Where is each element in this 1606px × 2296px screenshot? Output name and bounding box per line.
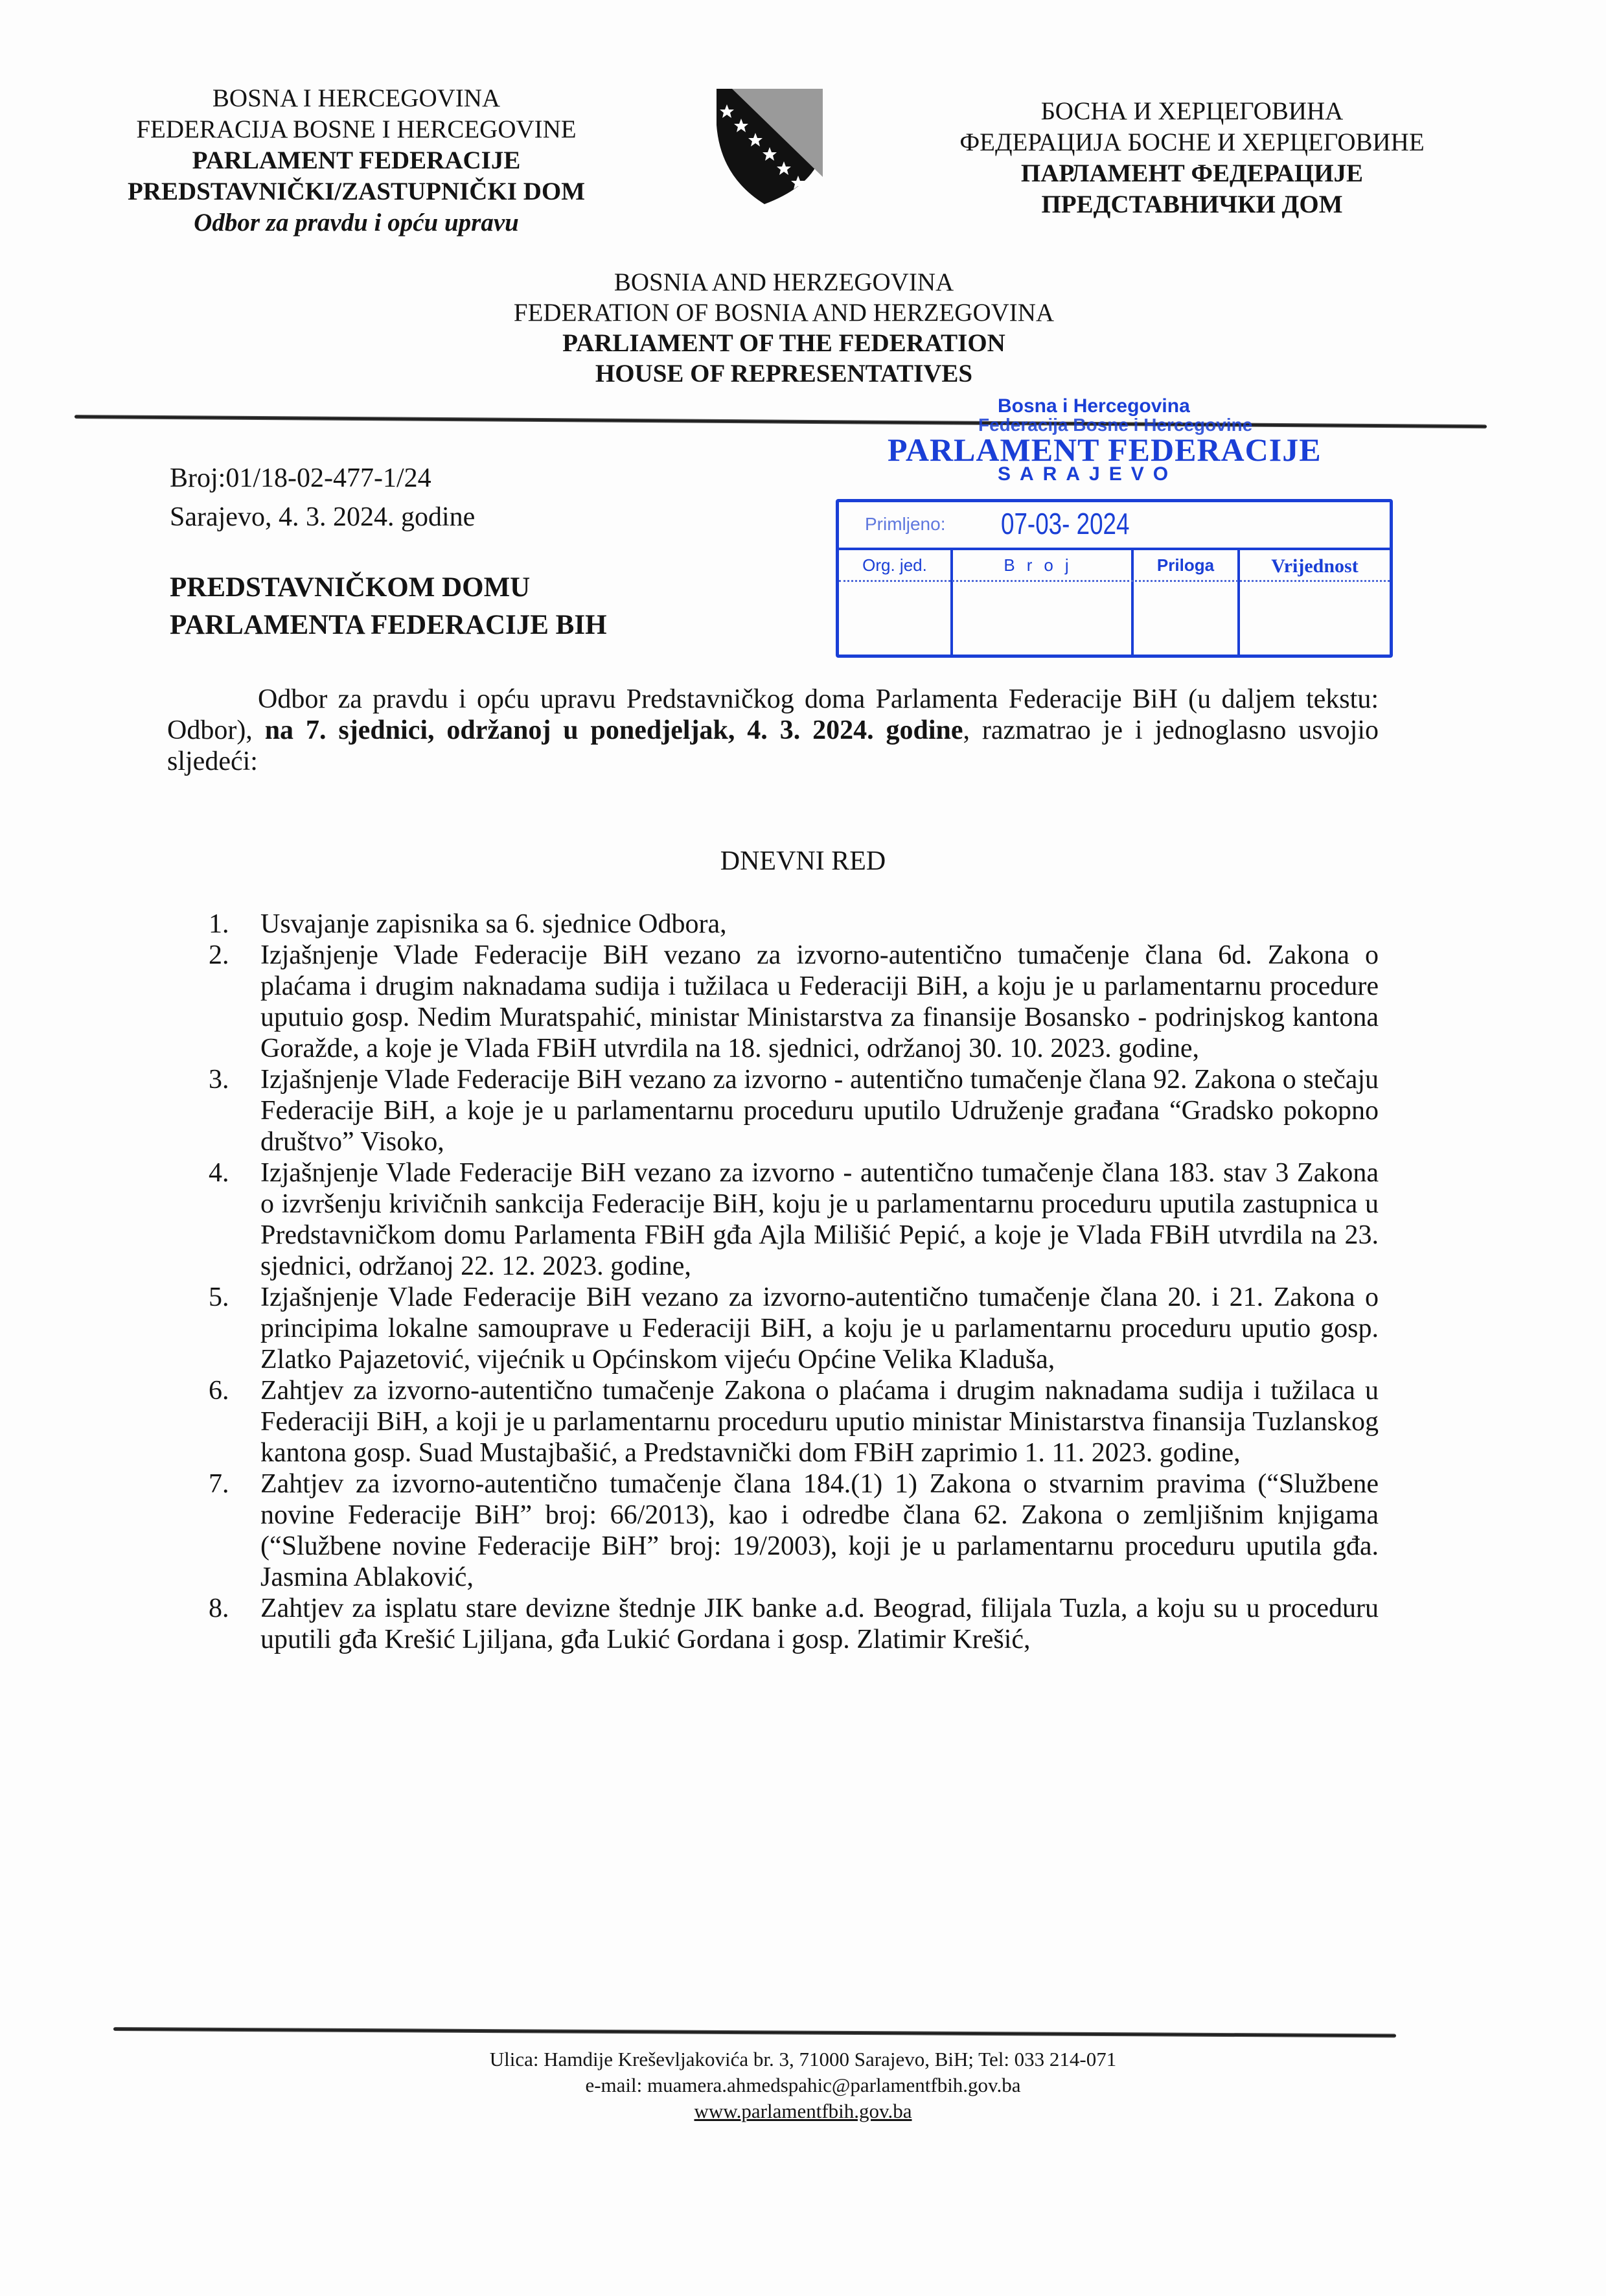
- header-left-house: PREDSTAVNIČKI/ZASTUPNIČKI DOM: [110, 176, 602, 207]
- header-center-parliament: PARLIAMENT OF THE FEDERATION: [402, 328, 1166, 358]
- agenda-item-text: Izjašnjenje Vlade Federacije BiH vezano …: [260, 1158, 1379, 1281]
- agenda-item-text: Usvajanje zapisnika sa 6. sjednice Odbor…: [260, 909, 727, 939]
- bih-coat-of-arms-icon: [713, 86, 826, 206]
- agenda-item-text: Zahtjev za izvorno-autentično tumačenje …: [260, 1376, 1379, 1468]
- agenda-item-text: Zahtjev za izvorno-autentično tumačenje …: [260, 1469, 1379, 1592]
- addressee-line2: PARLAMENTA FEDERACIJE BIH: [170, 607, 607, 644]
- stamp-received-label: Primljeno:: [865, 514, 945, 535]
- footer-address: Ulica: Hamdije Kreševljakovića br. 3, 71…: [0, 2047, 1606, 2072]
- intro-session-info: na 7. sjednici, održanoj u ponedjeljak, …: [265, 715, 963, 745]
- stamp-received-date: 07-03- 2024: [1001, 506, 1129, 541]
- agenda-item-number: 5.: [209, 1282, 229, 1313]
- header-left-committee: Odbor za pravdu i opću upravu: [110, 207, 602, 238]
- agenda-item-number: 1.: [209, 909, 229, 940]
- header-center-country: BOSNIA AND HERZEGOVINA: [402, 267, 1166, 297]
- agenda-item-number: 6.: [209, 1375, 229, 1406]
- header-right-house: ПРЕДСТАВНИЧКИ ДОМ: [920, 189, 1464, 220]
- agenda-item-text: Izjašnjenje Vlade Federacije BiH vezano …: [260, 1065, 1379, 1157]
- agenda-item: 6.Zahtjev za izvorno-autentično tumačenj…: [201, 1375, 1379, 1468]
- header-right-parliament: ПАРЛАМЕНТ ФЕДЕРАЦИЈЕ: [920, 158, 1464, 189]
- agenda-item-number: 2.: [209, 940, 229, 971]
- stamp-country: Bosna i Hercegovina: [998, 395, 1190, 417]
- agenda-item: 4.Izjašnjenje Vlade Federacije BiH vezan…: [201, 1157, 1379, 1282]
- intro-paragraph: Odbor za pravdu i opću upravu Predstavni…: [167, 684, 1379, 777]
- addressee-line1: PREDSTAVNIČKOM DOMU: [170, 569, 607, 607]
- agenda-item-number: 7.: [209, 1468, 229, 1500]
- stamp-received-row: Primljeno: 07-03- 2024: [839, 502, 1390, 550]
- footer-divider: [113, 2027, 1396, 2037]
- agenda-item: 7.Zahtjev za izvorno-autentično tumačenj…: [201, 1468, 1379, 1593]
- stamp-header-line: [839, 580, 1390, 582]
- footer-email: e-mail: muamera.ahmedspahic@parlamentfbi…: [0, 2072, 1606, 2098]
- agenda-item-number: 4.: [209, 1157, 229, 1189]
- agenda-item: 1.Usvajanje zapisnika sa 6. sjednice Odb…: [201, 909, 1379, 940]
- stamp-city: SARAJEVO: [998, 463, 1177, 485]
- document-meta: Broj:01/18-02-477-1/24 Sarajevo, 4. 3. 2…: [170, 459, 475, 537]
- header-center: BOSNIA AND HERZEGOVINA FEDERATION OF BOS…: [402, 267, 1166, 389]
- agenda-item: 2.Izjašnjenje Vlade Federacije BiH vezan…: [201, 940, 1379, 1064]
- stamp-col-org: Org. jed.: [839, 550, 953, 655]
- header-left: BOSNA I HERCEGOVINA FEDERACIJA BOSNE I H…: [110, 83, 602, 238]
- agenda-item-text: Zahtjev za isplatu stare devizne štednje…: [260, 1594, 1379, 1654]
- stamp-col-number: Broj: [953, 550, 1134, 655]
- header-right: БОСНА И ХЕРЦЕГОВИНА ФЕДЕРАЦИЈА БОСНЕ И Х…: [920, 96, 1464, 220]
- agenda-item: 8.Zahtjev za isplatu stare devizne štedn…: [201, 1593, 1379, 1655]
- stamp-box: Primljeno: 07-03- 2024 Org. jed. Broj Pr…: [836, 499, 1393, 658]
- header-right-federation: ФЕДЕРАЦИЈА БОСНЕ И ХЕРЦЕГОВИНЕ: [920, 127, 1464, 158]
- agenda-item: 3.Izjašnjenje Vlade Federacije BiH vezan…: [201, 1064, 1379, 1157]
- footer-website-link[interactable]: www.parlamentfbih.gov.ba: [694, 2100, 912, 2122]
- agenda-item-text: Izjašnjenje Vlade Federacije BiH vezano …: [260, 940, 1379, 1063]
- agenda-item-number: 3.: [209, 1064, 229, 1095]
- footer: Ulica: Hamdije Kreševljakovića br. 3, 71…: [0, 2047, 1606, 2124]
- stamp-col-value: Vrijednost: [1240, 550, 1390, 655]
- place-date: Sarajevo, 4. 3. 2024. godine: [170, 498, 475, 537]
- addressee: PREDSTAVNIČKOM DOMU PARLAMENTA FEDERACIJ…: [170, 569, 607, 644]
- header-left-parliament: PARLAMENT FEDERACIJE: [110, 145, 602, 176]
- agenda-item: 5.Izjašnjenje Vlade Federacije BiH vezan…: [201, 1282, 1379, 1375]
- header-left-federation: FEDERACIJA BOSNE I HERCEGOVINE: [110, 114, 602, 145]
- header-left-country: BOSNA I HERCEGOVINA: [110, 83, 602, 114]
- agenda-item-text: Izjašnjenje Vlade Federacije BiH vezano …: [260, 1282, 1379, 1374]
- header-center-federation: FEDERATION OF BOSNIA AND HERZEGOVINA: [402, 297, 1166, 328]
- agenda-title: DNEVNI RED: [0, 846, 1606, 877]
- stamp-col-attachments: Priloga: [1134, 550, 1240, 655]
- agenda-list: 1.Usvajanje zapisnika sa 6. sjednice Odb…: [201, 909, 1379, 1655]
- agenda-item-number: 8.: [209, 1593, 229, 1624]
- reference-number: Broj:01/18-02-477-1/24: [170, 459, 475, 498]
- header-right-country: БОСНА И ХЕРЦЕГОВИНА: [920, 96, 1464, 127]
- received-stamp: Bosna i Hercegovina Federacija Bosne i H…: [829, 382, 1399, 661]
